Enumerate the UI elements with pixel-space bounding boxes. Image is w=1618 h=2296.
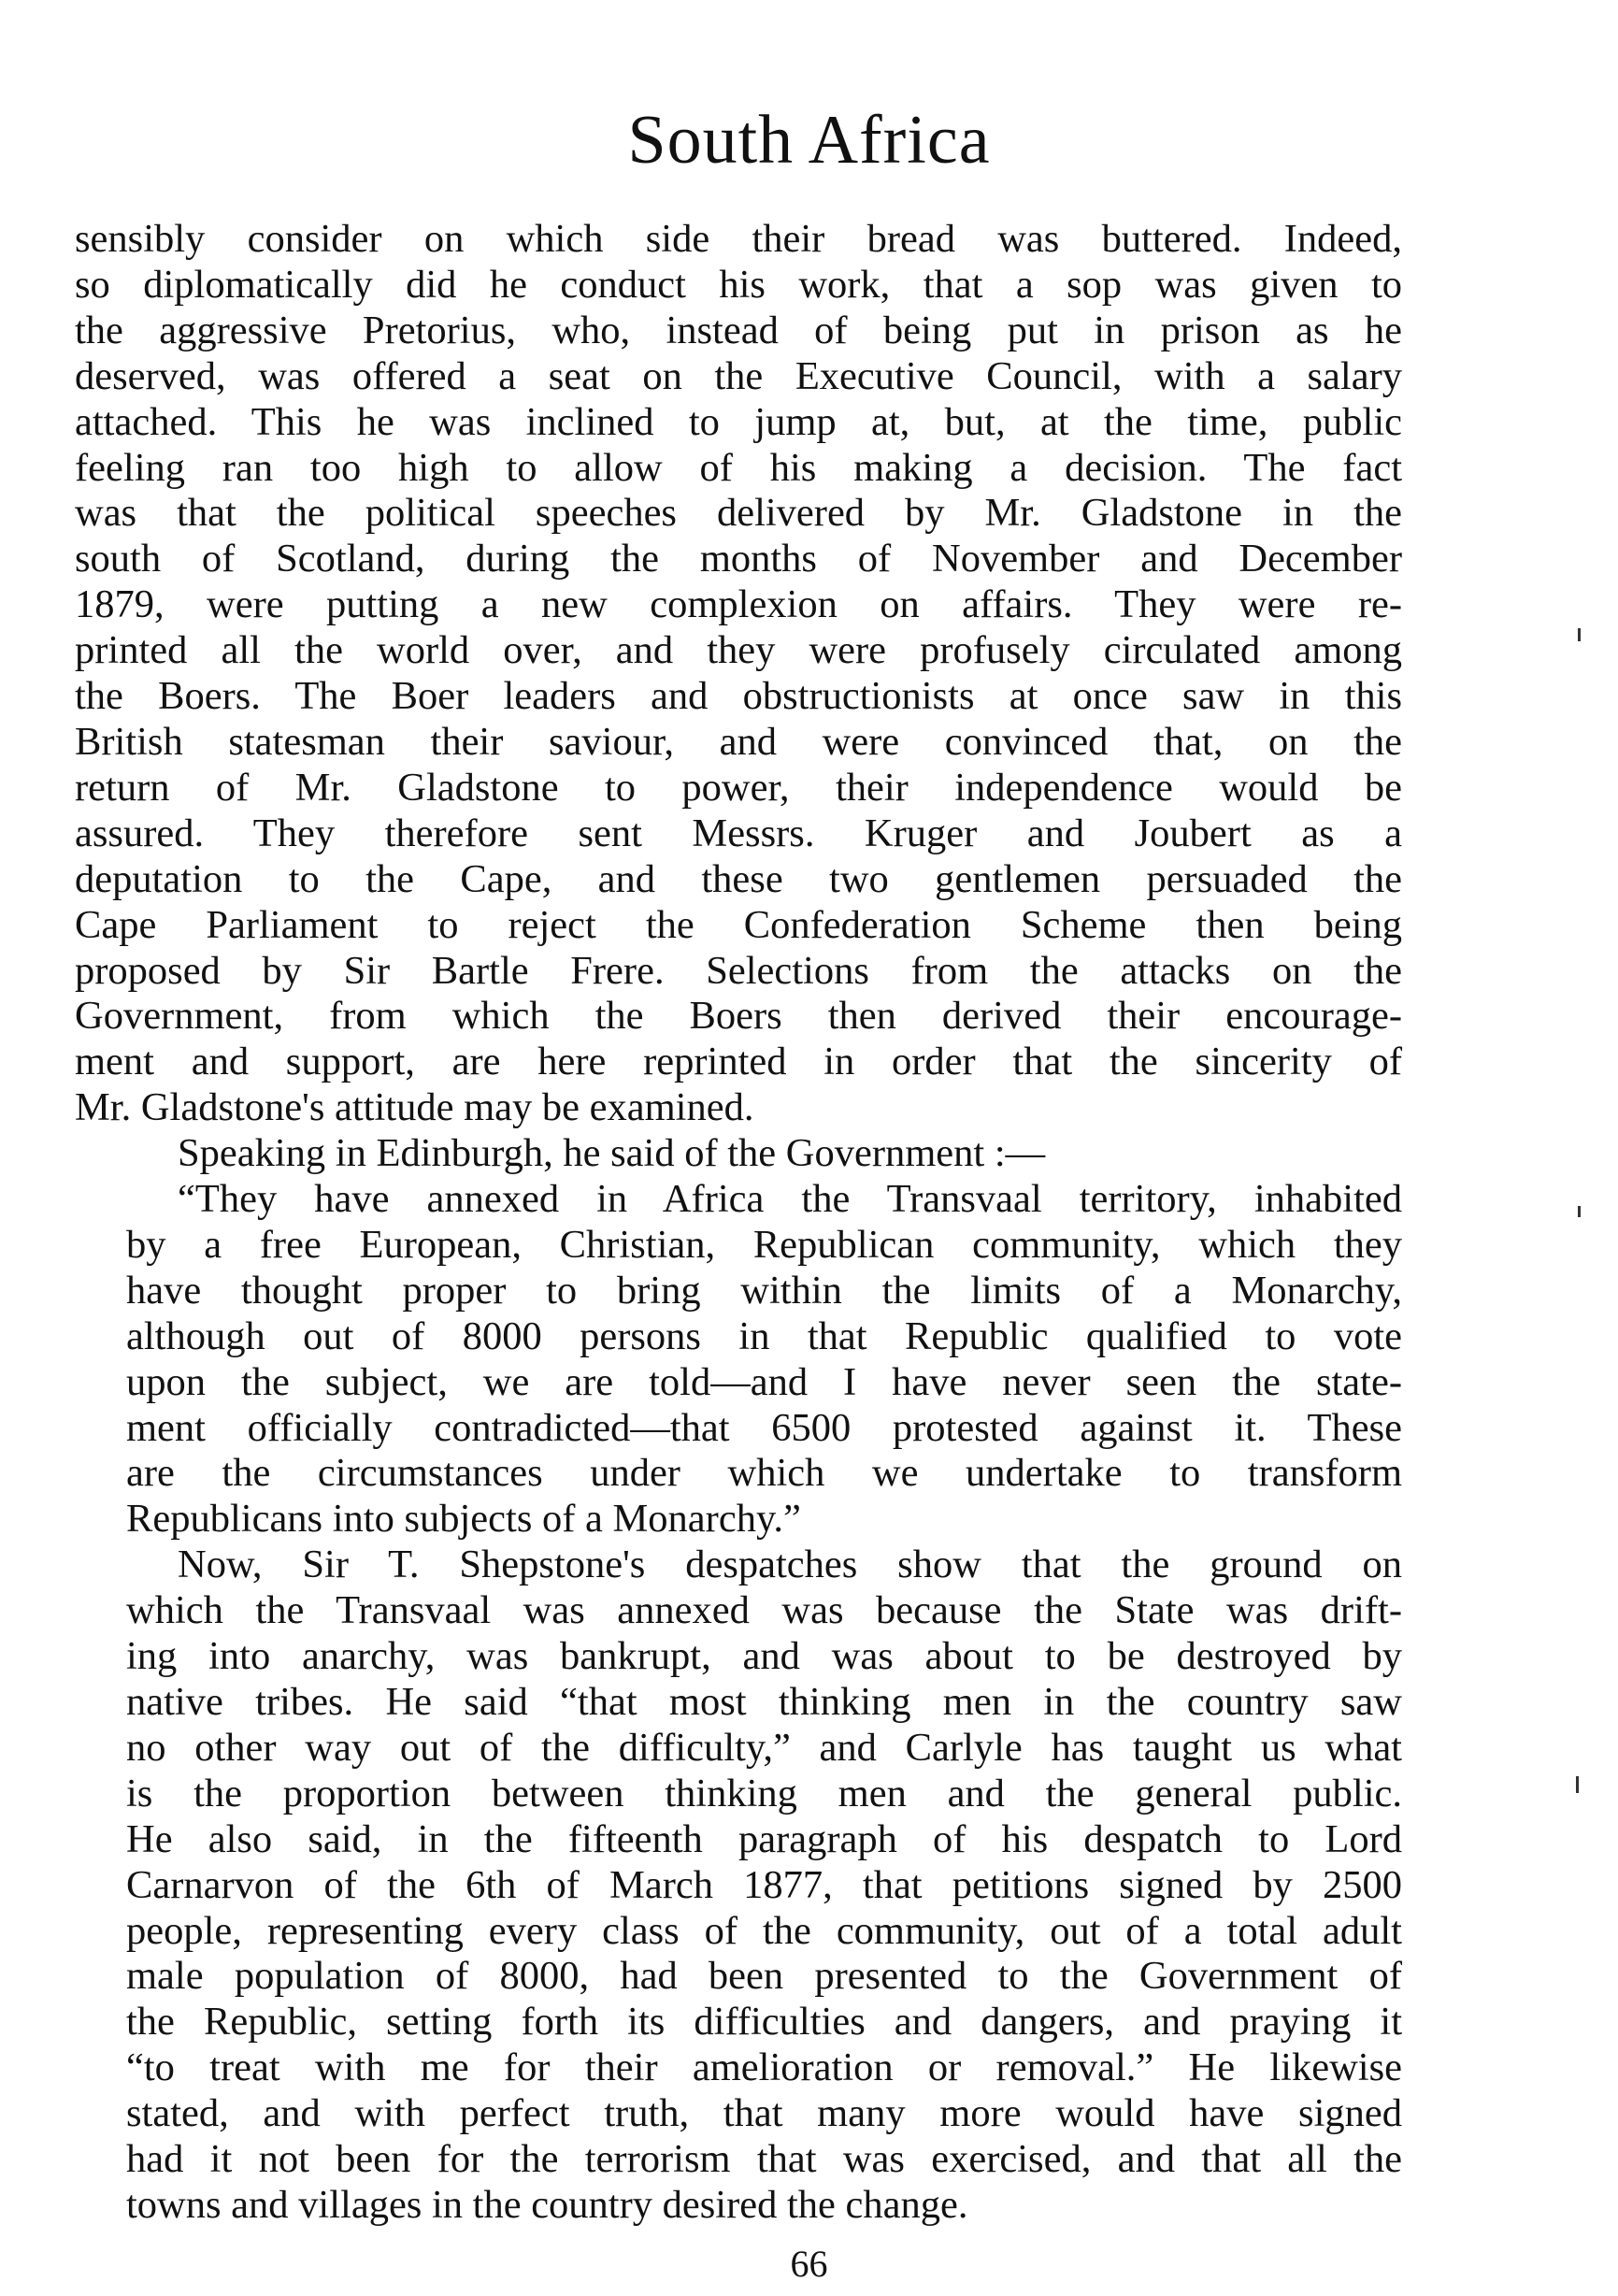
paragraph: sensibly consider on which side their br… (75, 217, 1402, 1131)
page-title: South Africa (0, 101, 1618, 180)
text-line: the aggressive Pretorius, who, instead o… (75, 309, 1402, 354)
paragraph: “They have annexed in Africa the Transva… (75, 1177, 1402, 1543)
text-line: is the proportion between thinking men a… (75, 1772, 1402, 1817)
text-line: “They have annexed in Africa the Transva… (75, 1177, 1402, 1223)
text-line: deputation to the Cape, and these two ge… (75, 857, 1402, 903)
paragraph: Speaking in Edinburgh, he said of the Go… (75, 1131, 1402, 1177)
margin-mark (1578, 1206, 1581, 1217)
text-line: the Boers. The Boer leaders and obstruct… (75, 674, 1402, 720)
text-line: Mr. Gladstone's attitude may be examined… (75, 1085, 1402, 1131)
text-line: deserved, was offered a seat on the Exec… (75, 354, 1402, 400)
text-line: ment officially contradicted—that 6500 p… (75, 1406, 1402, 1452)
page-number: 66 (0, 2242, 1618, 2286)
text-line: are the circumstances under which we und… (75, 1451, 1402, 1497)
text-line: Speaking in Edinburgh, he said of the Go… (75, 1131, 1402, 1177)
text-line: had it not been for the terrorism that w… (75, 2137, 1402, 2183)
text-line: Government, from which the Boers then de… (75, 994, 1402, 1040)
text-line: so diplomatically did he conduct his wor… (75, 263, 1402, 309)
text-line: printed all the world over, and they wer… (75, 628, 1402, 674)
text-line: south of Scotland, during the months of … (75, 537, 1402, 582)
body-text: sensibly consider on which side their br… (75, 217, 1402, 2229)
text-line: no other way out of the difficulty,” and… (75, 1726, 1402, 1772)
text-line: He also said, in the fifteenth paragraph… (75, 1817, 1402, 1863)
text-line: 1879, were putting a new complexion on a… (75, 582, 1402, 628)
text-line: Republicans into subjects of a Monarchy.… (75, 1497, 1402, 1543)
text-line: ment and support, are here reprinted in … (75, 1040, 1402, 1085)
text-line: people, representing every class of the … (75, 1909, 1402, 1955)
text-line: feeling ran too high to allow of his mak… (75, 446, 1402, 492)
text-line: sensibly consider on which side their br… (75, 217, 1402, 263)
text-line: ing into anarchy, was bankrupt, and was … (75, 1634, 1402, 1680)
text-line: return of Mr. Gladstone to power, their … (75, 766, 1402, 811)
text-line: Carnarvon of the 6th of March 1877, that… (75, 1863, 1402, 1909)
margin-mark (1578, 628, 1581, 641)
text-line: by a free European, Christian, Republica… (75, 1223, 1402, 1269)
text-line: although out of 8000 persons in that Rep… (75, 1314, 1402, 1360)
text-line: British statesman their saviour, and wer… (75, 720, 1402, 766)
text-line: was that the political speeches delivere… (75, 491, 1402, 537)
text-line: male population of 8000, had been presen… (75, 1954, 1402, 2000)
text-line: stated, and with perfect truth, that man… (75, 2091, 1402, 2137)
text-line: which the Transvaal was annexed was beca… (75, 1588, 1402, 1634)
text-line: native tribes. He said “that most thinki… (75, 1680, 1402, 1726)
paragraph: Now, Sir T. Shepstone's despatches show … (75, 1543, 1402, 2229)
margin-mark (1576, 1776, 1579, 1793)
text-line: towns and villages in the country desire… (75, 2183, 1402, 2229)
text-line: Now, Sir T. Shepstone's despatches show … (75, 1543, 1402, 1588)
text-line: attached. This he was inclined to jump a… (75, 400, 1402, 446)
text-line: assured. They therefore sent Messrs. Kru… (75, 811, 1402, 857)
text-line: upon the subject, we are told—and I have… (75, 1360, 1402, 1406)
text-line: have thought proper to bring within the … (75, 1269, 1402, 1314)
text-line: the Republic, setting forth its difficul… (75, 2000, 1402, 2045)
text-line: “to treat with me for their amelioration… (75, 2045, 1402, 2091)
text-line: proposed by Sir Bartle Frere. Selections… (75, 949, 1402, 995)
text-line: Cape Parliament to reject the Confederat… (75, 903, 1402, 949)
